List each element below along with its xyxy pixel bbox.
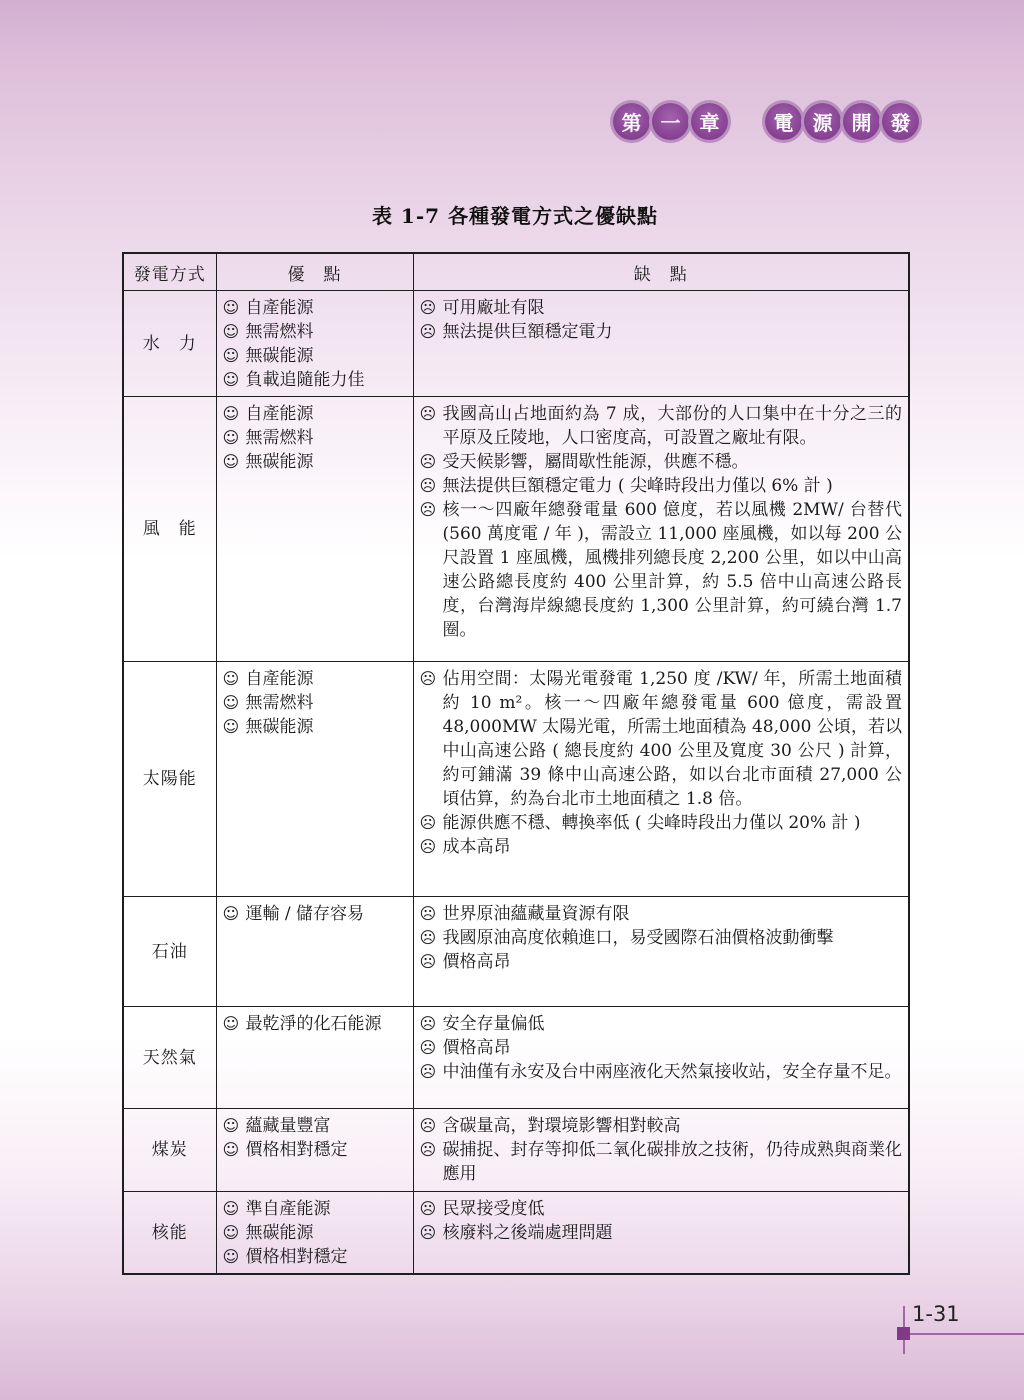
frown-icon: ☹ [420,1138,443,1162]
method-cell: 水 力 [123,291,216,397]
smiley-icon: ☺ [223,902,246,926]
list-item: ☺最乾淨的化石能源 [223,1012,407,1036]
list-item: ☺準自產能源 [223,1197,407,1221]
item-text: 無需燃料 [246,320,407,344]
item-text: 運輸 / 儲存容易 [246,902,407,926]
frown-icon: ☹ [420,474,443,498]
list-item: ☹核一～四廠年總發電量 600 億度，若以風機 2MW/ 台替代 (560 萬度… [420,498,903,642]
smiley-icon: ☺ [223,667,246,691]
list-item: ☹無法提供巨額穩定電力 [420,320,903,344]
item-text: 負載追隨能力佳 [246,368,407,392]
list-item: ☹價格高昂 [420,950,903,974]
list-item: ☺價格相對穩定 [223,1138,407,1162]
item-text: 我國原油高度依賴進口，易受國際石油價格波動衝擊 [443,926,903,950]
frown-icon: ☹ [420,1036,443,1060]
item-text: 佔用空間：太陽光電發電 1,250 度 /KW/ 年，所需土地面積約 10 m²… [443,667,903,811]
list-item: ☹核廢料之後端處理問題 [420,1221,903,1245]
col-header-method: 發電方式 [123,253,216,291]
cons-cell: ☹含碳量高，對環境影響相對較高☹碳捕捉、封存等抑低二氧化碳排放之技術，仍待成熟與… [413,1109,909,1192]
item-text: 無碳能源 [246,1221,407,1245]
cons-cell: ☹佔用空間：太陽光電發電 1,250 度 /KW/ 年，所需土地面積約 10 m… [413,662,909,897]
cons-cell: ☹安全存量偏低☹價格高昂☹中油僅有永安及台中兩座液化天然氣接收站，安全存量不足。 [413,1007,909,1109]
footer-horizontal-line [897,1333,1024,1335]
frown-icon: ☹ [420,1060,443,1084]
frown-icon: ☹ [420,902,443,926]
chapter-badge: 開 [843,103,880,140]
item-text: 核一～四廠年總發電量 600 億度，若以風機 2MW/ 台替代 (560 萬度電… [443,498,903,642]
list-item: ☹可用廠址有限 [420,296,903,320]
list-item: ☹含碳量高，對環境影響相對較高 [420,1114,903,1138]
frown-icon: ☹ [420,926,443,950]
method-cell: 天然氣 [123,1007,216,1109]
frown-icon: ☹ [420,950,443,974]
chapter-badge: 第 [613,103,650,140]
frown-icon: ☹ [420,1114,443,1138]
pros-cell: ☺運輸 / 儲存容易 [216,897,413,1007]
frown-icon: ☹ [420,498,443,522]
list-item: ☹中油僅有永安及台中兩座液化天然氣接收站，安全存量不足。 [420,1060,903,1084]
item-text: 我國高山占地面約為 7 成，大部份的人口集中在十分之三的平原及丘陵地，人口密度高… [443,402,903,450]
list-item: ☺價格相對穩定 [223,1245,407,1269]
frown-icon: ☹ [420,1197,443,1221]
smiley-icon: ☺ [223,691,246,715]
item-text: 無碳能源 [246,715,407,739]
smiley-icon: ☺ [223,1245,246,1269]
item-text: 無法提供巨額穩定電力 ( 尖峰時段出力僅以 6% 計 ) [443,474,903,498]
item-text: 碳捕捉、封存等抑低二氧化碳排放之技術，仍待成熟與商業化應用 [443,1138,903,1186]
list-item: ☺負載追隨能力佳 [223,368,407,392]
item-text: 價格高昂 [443,1036,903,1060]
smiley-icon: ☺ [223,296,246,320]
list-item: ☺自產能源 [223,667,407,691]
list-item: ☺蘊藏量豐富 [223,1114,407,1138]
table-row: 風 能☺自產能源☺無需燃料☺無碳能源☹我國高山占地面約為 7 成，大部份的人口集… [123,397,909,662]
frown-icon: ☹ [420,450,443,474]
item-text: 無需燃料 [246,426,407,450]
pros-cons-table: 發電方式 優 點 缺 點 水 力☺自產能源☺無需燃料☺無碳能源☺負載追隨能力佳☹… [122,252,910,1275]
smiley-icon: ☺ [223,1221,246,1245]
page-number: 1-31 [912,1302,960,1326]
table-row: 核能☺準自產能源☺無碳能源☺價格相對穩定☹民眾接受度低☹核廢料之後端處理問題 [123,1192,909,1275]
frown-icon: ☹ [420,1012,443,1036]
chapter-badge: 章 [691,103,728,140]
cons-cell: ☹世界原油蘊藏量資源有限☹我國原油高度依賴進口，易受國際石油價格波動衝擊☹價格高… [413,897,909,1007]
table-header-row: 發電方式 優 點 缺 點 [123,253,909,291]
method-cell: 風 能 [123,397,216,662]
item-text: 自產能源 [246,296,407,320]
method-cell: 煤炭 [123,1109,216,1192]
pros-cell: ☺準自產能源☺無碳能源☺價格相對穩定 [216,1192,413,1275]
item-text: 核廢料之後端處理問題 [443,1221,903,1245]
smiley-icon: ☺ [223,402,246,426]
list-item: ☹世界原油蘊藏量資源有限 [420,902,903,926]
item-text: 可用廠址有限 [443,296,903,320]
chapter-title-badges: 電源開發 [765,103,919,140]
smiley-icon: ☺ [223,1138,246,1162]
document-page: 第一章 電源開發 表 1-7 各種發電方式之優缺點 發電方式 優 點 缺 點 水… [0,0,1024,1400]
list-item: ☹能源供應不穩、轉換率低 ( 尖峰時段出力僅以 20% 計 ) [420,811,903,835]
chapter-badge: 電 [765,103,802,140]
item-text: 含碳量高，對環境影響相對較高 [443,1114,903,1138]
item-text: 無需燃料 [246,691,407,715]
item-text: 自產能源 [246,667,407,691]
frown-icon: ☹ [420,667,443,691]
list-item: ☹我國高山占地面約為 7 成，大部份的人口集中在十分之三的平原及丘陵地，人口密度… [420,402,903,450]
item-text: 無碳能源 [246,450,407,474]
smiley-icon: ☺ [223,426,246,450]
item-text: 價格相對穩定 [246,1245,407,1269]
list-item: ☺無碳能源 [223,715,407,739]
frown-icon: ☹ [420,811,443,835]
list-item: ☹安全存量偏低 [420,1012,903,1036]
col-header-pros: 優 點 [216,253,413,291]
table-title: 表 1-7 各種發電方式之優缺點 [0,200,1024,229]
smiley-icon: ☺ [223,1114,246,1138]
cons-cell: ☹我國高山占地面約為 7 成，大部份的人口集中在十分之三的平原及丘陵地，人口密度… [413,397,909,662]
list-item: ☺無碳能源 [223,450,407,474]
item-text: 最乾淨的化石能源 [246,1012,407,1036]
list-item: ☺運輸 / 儲存容易 [223,902,407,926]
list-item: ☺無需燃料 [223,320,407,344]
item-text: 成本高昂 [443,835,903,859]
frown-icon: ☹ [420,1221,443,1245]
list-item: ☹成本高昂 [420,835,903,859]
chapter-badge: 發 [882,103,919,140]
item-text: 安全存量偏低 [443,1012,903,1036]
item-text: 蘊藏量豐富 [246,1114,407,1138]
smiley-icon: ☺ [223,1197,246,1221]
pros-cell: ☺自產能源☺無需燃料☺無碳能源☺負載追隨能力佳 [216,291,413,397]
list-item: ☹價格高昂 [420,1036,903,1060]
item-text: 無碳能源 [246,344,407,368]
pros-cell: ☺自產能源☺無需燃料☺無碳能源 [216,397,413,662]
frown-icon: ☹ [420,320,443,344]
table-row: 太陽能☺自產能源☺無需燃料☺無碳能源☹佔用空間：太陽光電發電 1,250 度 /… [123,662,909,897]
item-text: 民眾接受度低 [443,1197,903,1221]
table-row: 石油☺運輸 / 儲存容易☹世界原油蘊藏量資源有限☹我國原油高度依賴進口，易受國際… [123,897,909,1007]
smiley-icon: ☺ [223,344,246,368]
list-item: ☹受天候影響，屬間歇性能源，供應不穩。 [420,450,903,474]
smiley-icon: ☺ [223,1012,246,1036]
table-row: 天然氣☺最乾淨的化石能源☹安全存量偏低☹價格高昂☹中油僅有永安及台中兩座液化天然… [123,1007,909,1109]
cons-cell: ☹可用廠址有限☹無法提供巨額穩定電力 [413,291,909,397]
item-text: 價格高昂 [443,950,903,974]
pros-cell: ☺自產能源☺無需燃料☺無碳能源 [216,662,413,897]
cons-cell: ☹民眾接受度低☹核廢料之後端處理問題 [413,1192,909,1275]
list-item: ☺自產能源 [223,296,407,320]
frown-icon: ☹ [420,296,443,320]
col-header-cons: 缺 點 [413,253,909,291]
list-item: ☹佔用空間：太陽光電發電 1,250 度 /KW/ 年，所需土地面積約 10 m… [420,667,903,811]
list-item: ☺無碳能源 [223,344,407,368]
table-row: 水 力☺自產能源☺無需燃料☺無碳能源☺負載追隨能力佳☹可用廠址有限☹無法提供巨額… [123,291,909,397]
list-item: ☺無需燃料 [223,691,407,715]
item-text: 自產能源 [246,402,407,426]
method-cell: 核能 [123,1192,216,1275]
chapter-number-badges: 第一章 [613,103,728,140]
pros-cell: ☺蘊藏量豐富☺價格相對穩定 [216,1109,413,1192]
pros-cell: ☺最乾淨的化石能源 [216,1007,413,1109]
list-item: ☹我國原油高度依賴進口，易受國際石油價格波動衝擊 [420,926,903,950]
smiley-icon: ☺ [223,320,246,344]
item-text: 受天候影響，屬間歇性能源，供應不穩。 [443,450,903,474]
list-item: ☺無需燃料 [223,426,407,450]
item-text: 無法提供巨額穩定電力 [443,320,903,344]
method-cell: 石油 [123,897,216,1007]
smiley-icon: ☺ [223,450,246,474]
list-item: ☹民眾接受度低 [420,1197,903,1221]
method-cell: 太陽能 [123,662,216,897]
list-item: ☺無碳能源 [223,1221,407,1245]
list-item: ☺自產能源 [223,402,407,426]
smiley-icon: ☺ [223,715,246,739]
item-text: 能源供應不穩、轉換率低 ( 尖峰時段出力僅以 20% 計 ) [443,811,903,835]
chapter-badge: 源 [804,103,841,140]
item-text: 中油僅有永安及台中兩座液化天然氣接收站，安全存量不足。 [443,1060,903,1084]
list-item: ☹無法提供巨額穩定電力 ( 尖峰時段出力僅以 6% 計 ) [420,474,903,498]
item-text: 世界原油蘊藏量資源有限 [443,902,903,926]
chapter-badge: 一 [652,103,689,140]
frown-icon: ☹ [420,402,443,426]
footer-square-marker [897,1327,910,1340]
item-text: 價格相對穩定 [246,1138,407,1162]
table-row: 煤炭☺蘊藏量豐富☺價格相對穩定☹含碳量高，對環境影響相對較高☹碳捕捉、封存等抑低… [123,1109,909,1192]
smiley-icon: ☺ [223,368,246,392]
list-item: ☹碳捕捉、封存等抑低二氧化碳排放之技術，仍待成熟與商業化應用 [420,1138,903,1186]
frown-icon: ☹ [420,835,443,859]
item-text: 準自產能源 [246,1197,407,1221]
chapter-header: 第一章 電源開發 [0,103,1024,147]
